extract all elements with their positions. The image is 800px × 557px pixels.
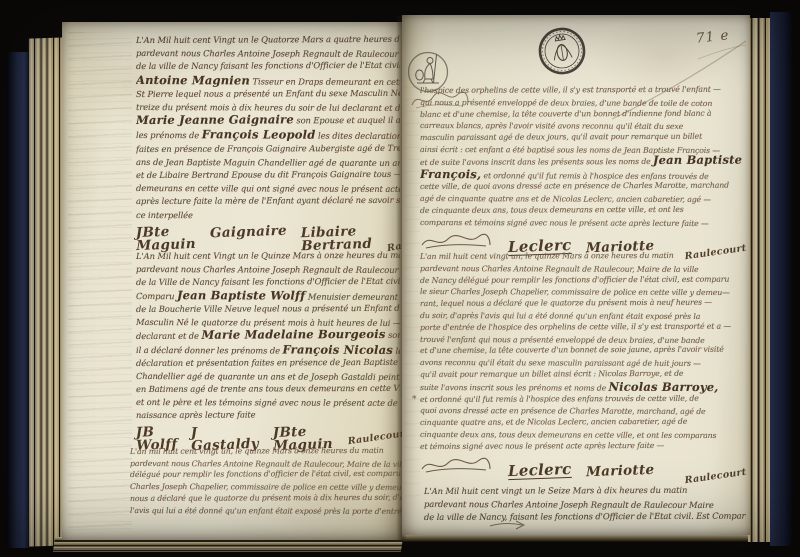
manuscript-line: Marie Jeanne Gaignaire son Epouse et auq…	[136, 113, 400, 128]
manuscript-line: ce interpellée	[136, 209, 400, 223]
archival-register-scan: L'An Mil huit cent Vingt un le Quatorze …	[0, 0, 800, 557]
manuscript-line: en Batimens agé de trente ans tous deux …	[136, 382, 400, 396]
entry-next-act-start: L'An Mil huit cent vingt un le Seize Mar…	[424, 485, 746, 524]
signature-row: LeclercMariotteRaulecourt	[420, 457, 746, 479]
manuscript-line: déclaration et présentation faites en pr…	[136, 356, 400, 370]
manuscript-line: L'an mil huit cent vingt un, le quinze M…	[130, 445, 404, 458]
manuscript-line: et d'une chemise, la tête couverte d'un …	[420, 344, 746, 357]
emphasized-name: Marie Madelaine Bourgeois	[201, 328, 385, 342]
manuscript-line: et ordonné qu'il fut remis à l'hospice d…	[420, 392, 746, 405]
margin-asterisk: *	[412, 395, 417, 405]
emphasized-name: Antoine Magnien	[136, 74, 250, 87]
entry-foundling-francois-start: L'an mil huit cent vingt un, le quinze M…	[130, 446, 404, 516]
manuscript-line: rant, lequel nous a déclaré que le quato…	[420, 297, 746, 310]
signature: Mariotte	[585, 464, 654, 478]
signature: Leclerc	[508, 463, 572, 477]
manuscript-line: naissance après lecture faite	[136, 408, 400, 422]
emphasized-name: Jean Baptiste Wolff	[177, 289, 305, 303]
emphasized-name: François Nicolas	[283, 343, 393, 357]
manuscript-line: L'An Mil huit cent Vingt un le Quinze Ma…	[136, 249, 400, 263]
emphasized-name: Marie Jeanne Gaignaire	[136, 113, 294, 127]
manuscript-line: masculin paraissant agé de deux jours, q…	[420, 131, 746, 144]
manuscript-line: de cinquante deux ans, tous deux demeura…	[420, 204, 746, 217]
manuscript-line: faites en présence de François Gaignaire…	[136, 141, 400, 155]
book-cover-right	[770, 12, 792, 546]
page-edge-stack-left	[28, 37, 66, 546]
bleedthrough-ghost-text	[68, 32, 132, 530]
manuscript-line: cette ville, de quoi avons dressé acte e…	[420, 180, 746, 193]
manuscript-line: comparans et témoins signé avec nous le …	[420, 217, 746, 230]
manuscript-line: de la ville de Nancy, faisant les foncti…	[424, 510, 746, 524]
manuscript-line: l'avis qui lui a été donné qu'un enfant …	[130, 505, 404, 518]
paraphe-flourish-icon	[420, 457, 494, 475]
entry-acte-wolff: L'An Mil huit cent Vingt un le Quinze Ma…	[136, 250, 400, 452]
manuscript-line: et témoins signé avec nous le présent ac…	[420, 439, 746, 452]
manuscript-line: de la Boucherie Ville Neuve lequel nous …	[136, 302, 400, 316]
left-page: L'An Mil huit cent Vingt un le Quatorze …	[62, 22, 402, 540]
manuscript-line: cinquante quatre ans, et de Nicolas Lecl…	[420, 416, 746, 429]
manuscript-line: nous a déclaré que le quatorze du présen…	[130, 492, 404, 505]
manuscript-line: porte d'entrée de l'hospice des orphelin…	[420, 320, 746, 333]
right-page: 71 e * l'hospice des orphelins de cette …	[402, 15, 750, 535]
manuscript-line: après lecture faite la mère de l'Enfant …	[136, 194, 400, 208]
manuscript-line: de Nancy délégué pour remplir les foncti…	[420, 273, 746, 286]
page-edge-stack-right	[748, 18, 772, 542]
entry-foundling-francois-continuation: l'hospice des orphelins de cette ville, …	[420, 85, 746, 254]
emphasized-name: Jean Baptiste	[653, 154, 742, 166]
manuscript-line: blanc et d'une chemise, la tête couverte…	[420, 107, 746, 120]
manuscript-line: L'An Mil huit cent vingt un le Seize Mar…	[424, 484, 746, 498]
manuscript-line: délégué pour remplir les fonctions d'off…	[130, 468, 404, 481]
folio-number: 71 e	[695, 27, 730, 46]
manuscript-line: et de suite l'avons inscrit dans les pré…	[420, 154, 746, 168]
manuscript-line: de la ville de Nancy faisant les fonctio…	[136, 59, 400, 73]
manuscript-line: L'an mil huit cent vingt un, le quinze M…	[420, 250, 746, 263]
entry-acte-magnien: L'An Mil huit cent Vingt un le Quatorze …	[136, 34, 400, 252]
manuscript-line: St Pierre lequel nous a présenté un Enfa…	[136, 87, 400, 101]
official-round-stamp-icon	[532, 22, 591, 80]
entry-foundling-barroye: L'an mil huit cent vingt un, le quinze M…	[420, 251, 746, 478]
emphasized-name: François Leopold	[202, 128, 316, 142]
manuscript-line: l'hospice des orphelins de cette ville, …	[420, 84, 746, 97]
paraphe-flourish-icon	[420, 233, 494, 251]
manuscript-line: L'An Mil huit cent Vingt un le Quatorze …	[136, 33, 400, 47]
manuscript-line: qu'il avait pour remarque un billet ains…	[420, 368, 746, 381]
manuscript-line: de la Ville de Nancy faisant les fonctio…	[136, 275, 400, 289]
manuscript-line: et de Libaire Bertrand Epouse du dit Fra…	[136, 168, 400, 182]
book-spine-left	[6, 52, 30, 548]
page-bottom-edge-right	[402, 535, 752, 542]
pen-flourish-icon	[488, 519, 528, 531]
manuscript-line: declarant et de Marie Madelaine Bourgeoi…	[136, 328, 400, 343]
signature: Gaignaire	[209, 225, 286, 241]
bleedthrough-ghost-text	[404, 75, 420, 505]
emphasized-name: François,	[420, 169, 481, 181]
